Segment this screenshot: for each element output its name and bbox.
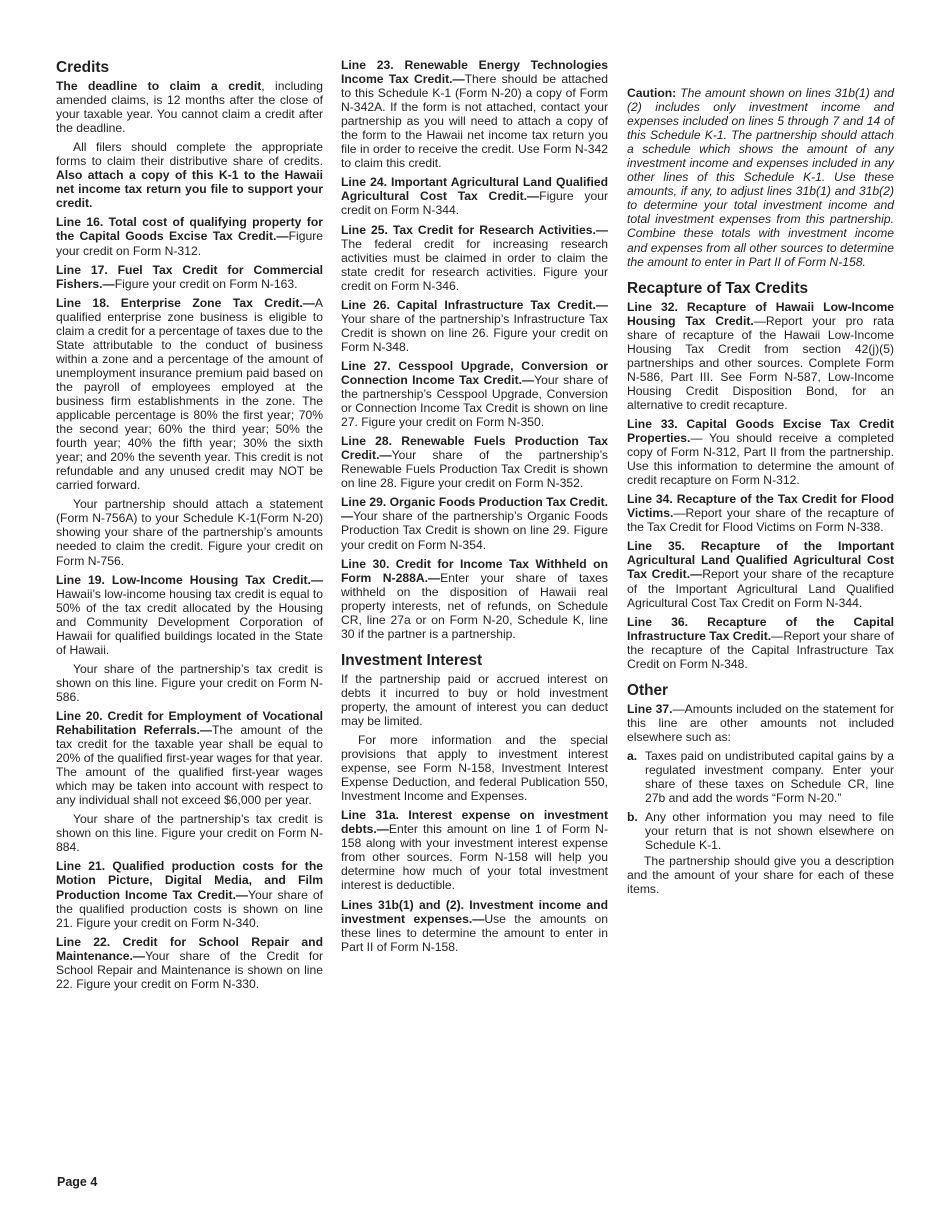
line-23-entry: Line 23. Renewable Energy Technologies I…	[341, 58, 608, 170]
section-heading-recapture: Recapture of Tax Credits	[627, 279, 894, 298]
all-filers-bold: Also attach a copy of this K-1 to the Ha…	[56, 168, 323, 210]
credits-deadline-paragraph: The deadline to claim a credit, includin…	[56, 79, 323, 135]
line-26-entry: Line 26. Capital Infrastructure Tax Cred…	[341, 298, 608, 354]
list-marker: b.	[627, 810, 645, 852]
credits-all-filers-paragraph: All filers should complete the appropria…	[56, 140, 323, 210]
line-26-text: Your share of the partnership’s Infrastr…	[341, 312, 608, 354]
line-33-entry: Line 33. Capital Goods Excise Tax Credit…	[627, 417, 894, 487]
list-marker: a.	[627, 749, 645, 805]
line-31a-entry: Line 31a. Interest expense on investment…	[341, 808, 608, 892]
line-18-entry: Line 18. Enterprise Zone Tax Credit.—A q…	[56, 296, 323, 493]
deadline-bold: The deadline to claim a credit	[56, 79, 261, 93]
line-25-title: Line 25. Tax Credit for Research Activit…	[341, 223, 608, 237]
line-29-text: Your share of the partnership’s Organic …	[341, 509, 608, 551]
line-37-entry: Line 37.—Amounts included on the stateme…	[627, 702, 894, 744]
section-heading-investment-interest: Investment Interest	[341, 651, 608, 670]
page-number: Page 4	[57, 1175, 97, 1189]
list-item-a: a. Taxes paid on undistributed capital g…	[627, 749, 894, 805]
list-item-text: Taxes paid on undistributed capital gain…	[645, 749, 894, 805]
line-22-entry: Line 22. Credit for School Repair and Ma…	[56, 935, 323, 991]
list-item-b: b. Any other information you may need to…	[627, 810, 894, 852]
caution-text: The amount shown on lines 31b(1) and (2)…	[627, 86, 894, 269]
line-25-entry: Line 25. Tax Credit for Research Activit…	[341, 223, 608, 293]
line-16-entry: Line 16. Total cost of qualifying proper…	[56, 215, 323, 257]
line-31b-entry: Lines 31b(1) and (2). Investment income …	[341, 898, 608, 954]
investment-interest-intro: If the partnership paid or accrued inter…	[341, 672, 608, 728]
caution-paragraph: Caution: The amount shown on lines 31b(1…	[627, 86, 894, 269]
line-17-entry: Line 17. Fuel Tax Credit for Commercial …	[56, 263, 323, 291]
line-27-entry: Line 27. Cesspool Upgrade, Conversion or…	[341, 359, 608, 429]
line-19-note: Your share of the partnership’s tax cred…	[56, 662, 323, 704]
column-3: Caution: The amount shown on lines 31b(1…	[627, 86, 894, 901]
line-20-entry: Line 20. Credit for Employment of Vocati…	[56, 709, 323, 807]
line-36-entry: Line 36. Recapture of the Capital Infras…	[627, 615, 894, 671]
line-24-entry: Line 24. Important Agricultural Land Qua…	[341, 175, 608, 217]
other-closing-paragraph: The partnership should give you a descri…	[627, 854, 894, 896]
line-35-entry: Line 35. Recapture of the Important Agri…	[627, 539, 894, 609]
section-heading-credits: Credits	[56, 58, 323, 77]
line-18-title: Line 18. Enterprise Zone Tax Credit.—	[56, 296, 315, 310]
column-2: Line 23. Renewable Energy Technologies I…	[341, 40, 608, 959]
line-19-title: Line 19. Low-Income Housing Tax Credit.—	[56, 573, 323, 587]
line-18-note: Your partnership should attach a stateme…	[56, 497, 323, 567]
line-17-text: Figure your credit on Form N-163.	[115, 277, 298, 291]
line-29-entry: Line 29. Organic Foods Production Tax Cr…	[341, 495, 608, 551]
line-32-entry: Line 32. Recapture of Hawaii Low-Income …	[627, 300, 894, 412]
line-23-text: There should be attached to this Schedul…	[341, 72, 608, 170]
investment-interest-more-info: For more information and the special pro…	[341, 733, 608, 803]
line-28-entry: Line 28. Renewable Fuels Production Tax …	[341, 434, 608, 490]
line-34-entry: Line 34. Recapture of the Tax Credit for…	[627, 492, 894, 534]
line-37-title: Line 37.	[627, 702, 673, 716]
line-19-text: Hawaii’s low-income housing tax credit i…	[56, 587, 323, 657]
column-1: Credits The deadline to claim a credit, …	[56, 58, 323, 996]
line-32-text: —Report your pro rata share of recapture…	[627, 314, 894, 412]
line-20-note: Your share of the partnership’s tax cred…	[56, 812, 323, 854]
all-filers-text: All filers should complete the appropria…	[56, 140, 323, 168]
section-heading-other: Other	[627, 681, 894, 700]
line-30-entry: Line 30. Credit for Income Tax Withheld …	[341, 557, 608, 641]
line-16-title: Line 16. Total cost of qualifying proper…	[56, 215, 323, 243]
line-25-text: The federal credit for increasing resear…	[341, 237, 608, 293]
line-19-entry: Line 19. Low-Income Housing Tax Credit.—…	[56, 573, 323, 657]
line-18-text: A qualified enterprise zone business is …	[56, 296, 323, 493]
line-26-title: Line 26. Capital Infrastructure Tax Cred…	[341, 298, 608, 312]
list-item-text: Any other information you may need to fi…	[645, 810, 894, 852]
line-21-entry: Line 21. Qualified production costs for …	[56, 859, 323, 929]
caution-label: Caution:	[627, 86, 676, 100]
